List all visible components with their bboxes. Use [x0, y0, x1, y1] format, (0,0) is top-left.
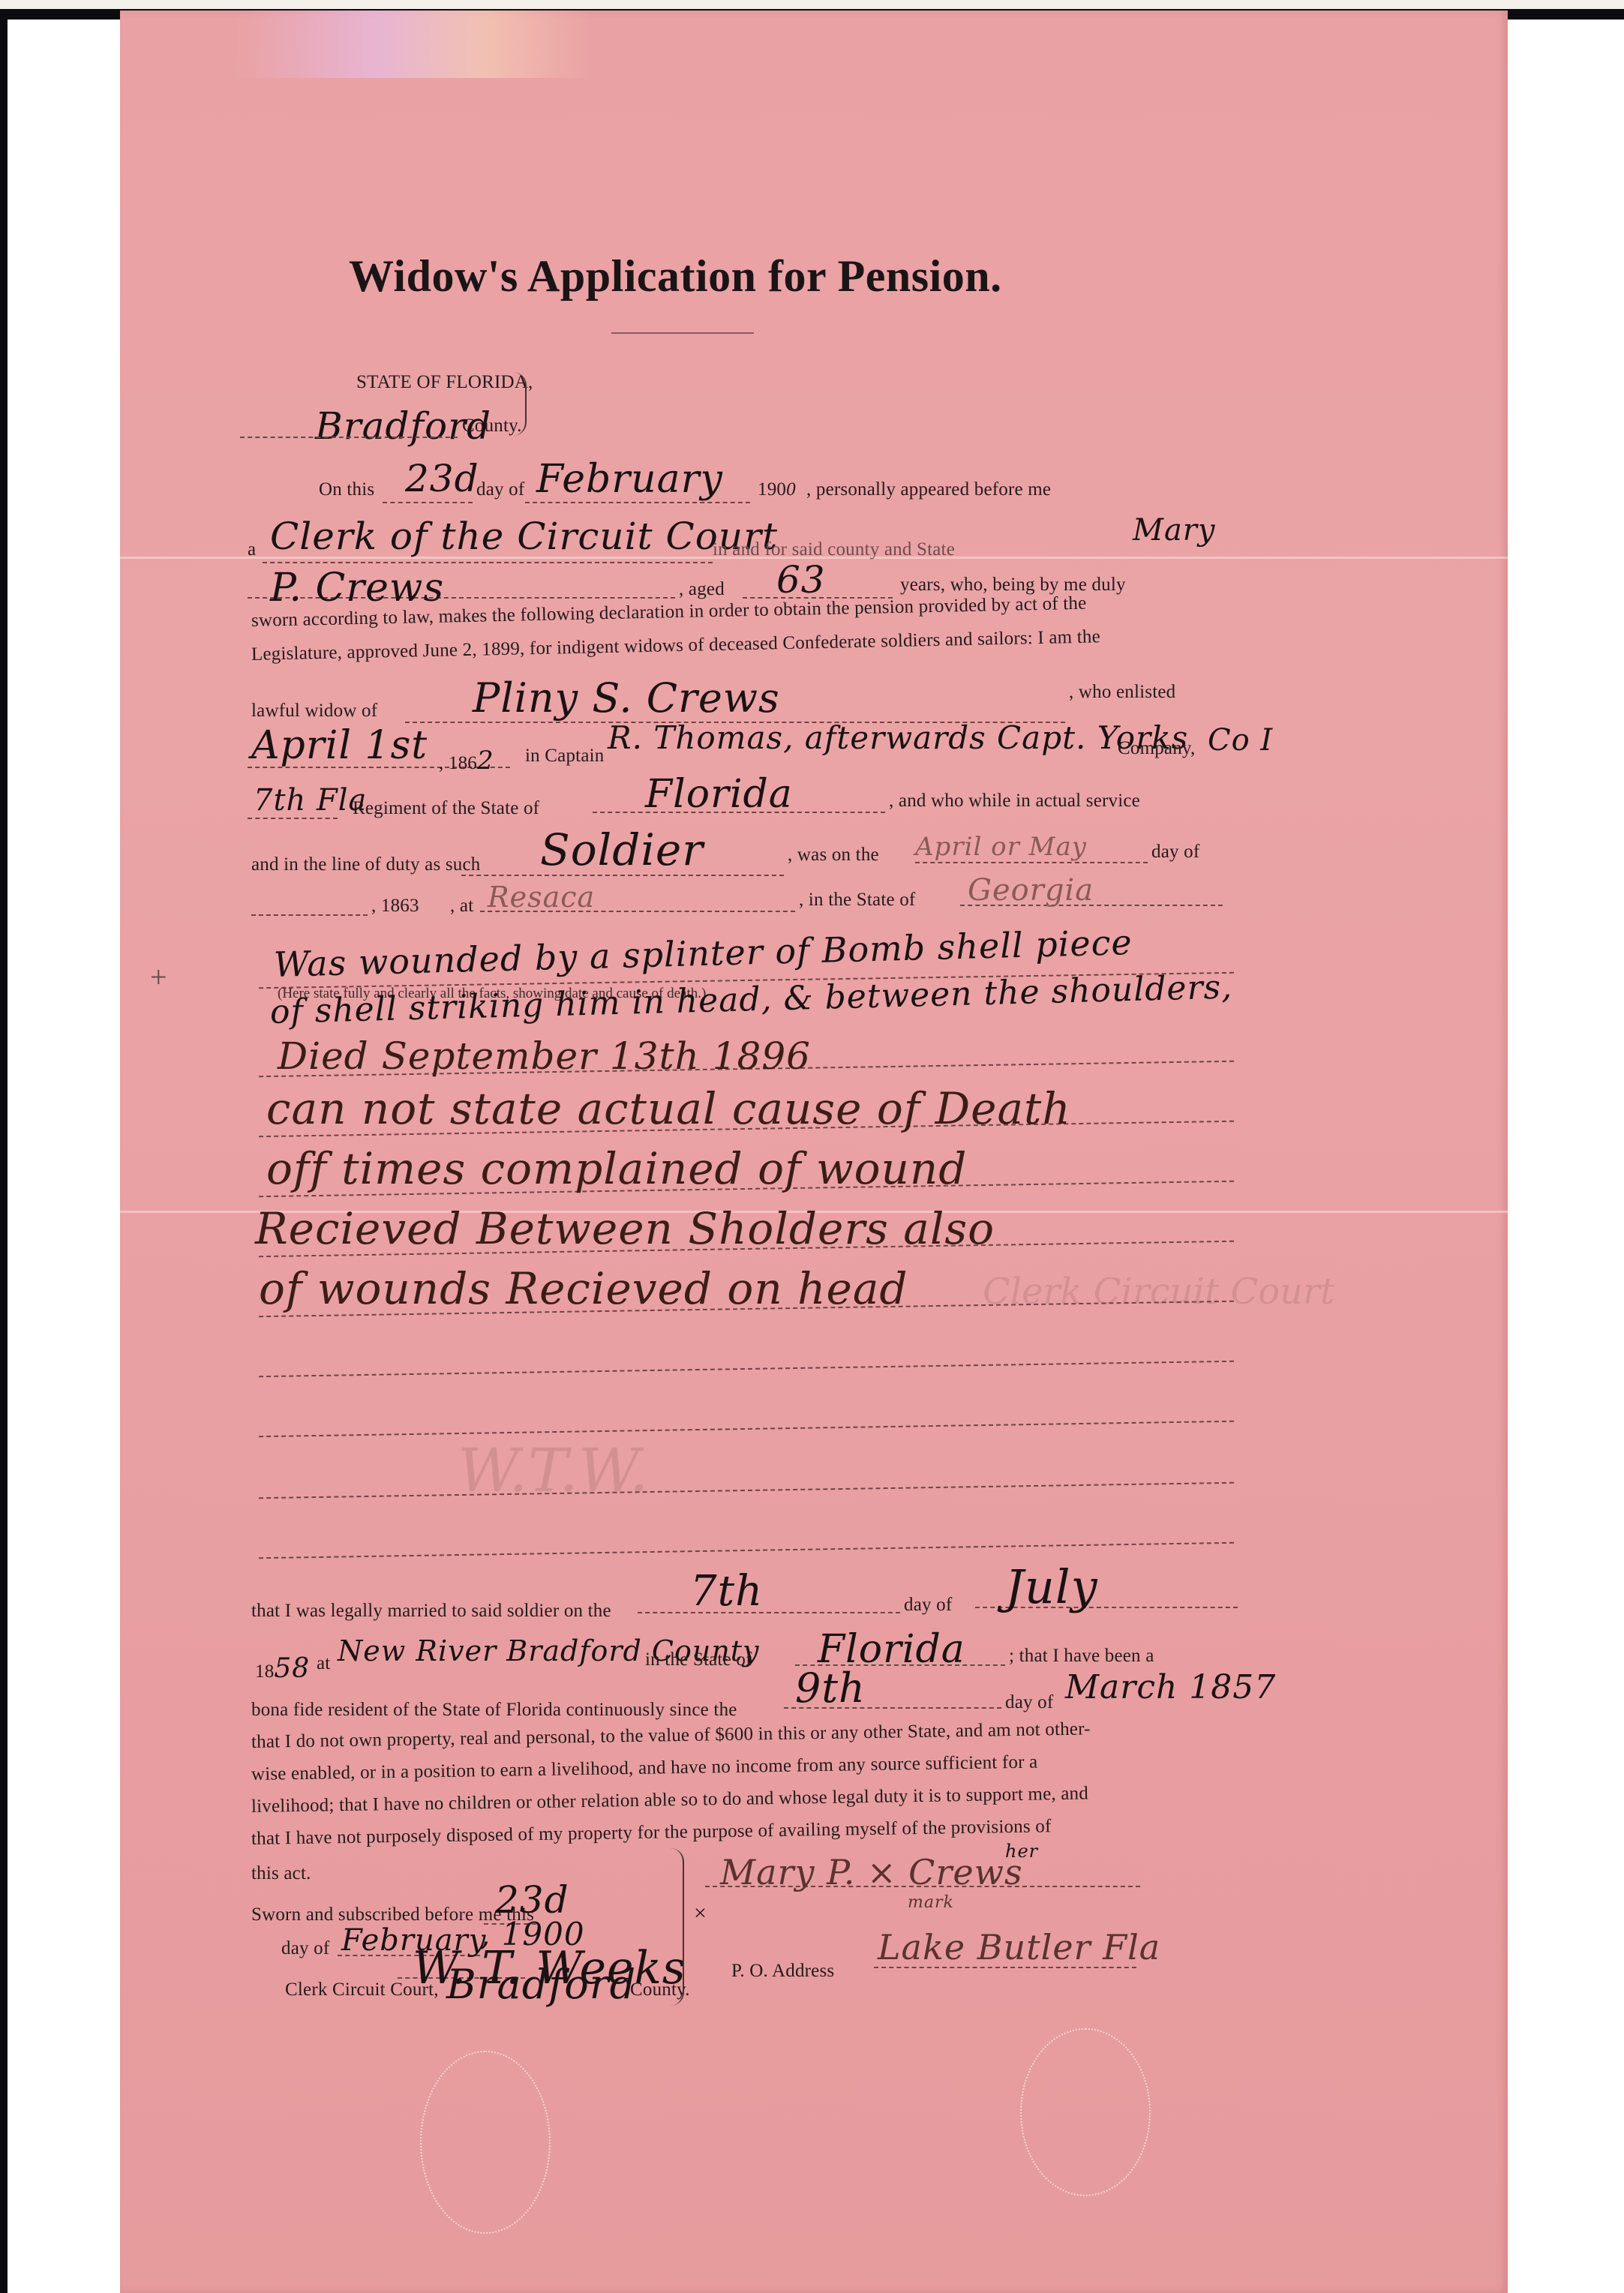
statement-line: can not state actual cause of Death	[266, 1083, 1071, 1134]
year-prefix: 18	[255, 1661, 274, 1682]
label-appeared: , personally appeared before me	[806, 479, 1051, 500]
year-prefix: 190	[758, 479, 786, 500]
marriage-year-value: 58	[274, 1653, 310, 1684]
year: 1900	[758, 479, 796, 500]
label-who-enlisted: , who enlisted	[1069, 682, 1175, 703]
declaration-line: this act.	[251, 1863, 311, 1884]
embossed-seal	[420, 2051, 551, 2234]
label-in-and-for: in and for said county and State	[713, 539, 955, 560]
marriage-month-value: July	[1005, 1559, 1098, 1614]
blank-line	[251, 914, 368, 916]
applicant-signature: Mary P. × Crews	[720, 1852, 1023, 1892]
residence-since-value: March 1857	[1065, 1668, 1276, 1706]
wound-day-value: April or May	[915, 832, 1087, 862]
age-value: 63	[776, 558, 826, 602]
declaration-line: that I have not purposely disposed of my…	[251, 1816, 1052, 1850]
label-day-of: day of	[1151, 842, 1199, 863]
blank-line	[259, 1542, 1234, 1559]
blank-line	[240, 437, 458, 438]
clerk-county-value: Bradford	[446, 1961, 636, 2008]
marriage-day-value: 7th	[690, 1567, 763, 1616]
po-address-value: Lake Butler Fla	[878, 1927, 1160, 1967]
blank-line	[259, 1421, 1234, 1437]
scan-glare	[233, 11, 593, 78]
label-day-of: day of	[1005, 1692, 1053, 1713]
statement-line: Died September 13th 1896	[278, 1034, 811, 1078]
officer-value: Clerk of the Circuit Court	[270, 515, 778, 558]
blank-line	[263, 562, 713, 563]
label-day-of: day of	[281, 1938, 329, 1959]
label-at: , at	[450, 896, 473, 917]
year-1863: , 1863	[371, 896, 419, 917]
label-lawful-widow: lawful widow of	[251, 701, 377, 722]
blank-line	[915, 862, 1148, 863]
bracket	[510, 372, 527, 436]
applicant-name-part2: P. Crews	[270, 566, 444, 611]
label-line-of-duty: and in the line of duty as such	[251, 854, 480, 875]
label-day-of: day of	[904, 1595, 952, 1616]
regiment-value: 7th Fla	[254, 783, 367, 818]
label-years: years, who, being by me duly	[900, 575, 1126, 596]
label-resident: ; that I have been a	[1009, 1646, 1154, 1667]
statement-line: Recieved Between Sholders also	[255, 1203, 995, 1254]
label-in-captain: in Captain	[525, 746, 604, 767]
captain-value: R. Thomas, afterwards Capt. Yorks	[608, 719, 1188, 756]
form-title: Widow's Application for Pension.	[349, 251, 1002, 302]
label-day-of: day of	[476, 479, 524, 500]
label-company: Company,	[1118, 738, 1195, 759]
statement-line: of wounds Recieved on head	[259, 1263, 908, 1314]
pension-application-form: Clerk Circuit Court W.T.W. Widow's Appli…	[120, 11, 1508, 2293]
margin-cross-mark: +	[150, 959, 167, 995]
label-bona-fide: bona fide resident of the State of Flori…	[251, 1700, 737, 1721]
title-rule	[611, 332, 754, 334]
enlist-year: , 1862	[439, 746, 494, 776]
scan-margin-left	[8, 20, 120, 2293]
label-on-this: On this	[319, 479, 374, 500]
enlist-year-digit: 2	[477, 746, 494, 776]
role-value: Soldier	[540, 824, 704, 875]
residence-day-value: 9th	[795, 1664, 866, 1712]
x-mark: ×	[694, 1901, 707, 1926]
declaration-line: Legislature, approved June 2, 1899, for …	[251, 626, 1100, 665]
mark-label: mark	[908, 1893, 954, 1912]
label-a: a	[248, 539, 256, 560]
blank-line	[259, 1361, 1234, 1377]
bracket	[668, 1848, 684, 2006]
day-value: 23d	[405, 457, 479, 500]
label-married: that I was legally married to said soldi…	[251, 1601, 611, 1622]
blank-line	[383, 502, 473, 503]
embossed-seal	[1020, 2028, 1151, 2196]
label-clerk: Clerk Circuit Court,	[285, 1979, 439, 2000]
place-value: Resaca	[488, 881, 595, 914]
label-aged: , aged	[679, 579, 725, 600]
declaration-line: wise enabled, or in a position to earn a…	[251, 1752, 1038, 1785]
enlist-date-value: April 1st	[251, 723, 428, 768]
blank-line	[525, 502, 750, 503]
marriage-year: 1858	[255, 1653, 310, 1684]
label-regiment: Regiment of the State of	[353, 798, 539, 819]
wound-state-value: Georgia	[968, 873, 1094, 908]
scan-border-left	[0, 9, 8, 2293]
declaration-line: livelihood; that I have no children or o…	[251, 1783, 1088, 1817]
year-prefix: , 186	[439, 753, 477, 773]
label-actual-service: , and who while in actual service	[889, 791, 1140, 812]
label-was-on-the: , was on the	[788, 845, 879, 866]
company-value: Co I	[1208, 723, 1273, 758]
label-in-state: in the State of	[645, 1649, 752, 1670]
state-label: STATE OF FLORIDA,	[356, 372, 533, 393]
blank-line	[248, 818, 338, 819]
husband-name-value: Pliny S. Crews	[473, 674, 780, 722]
state-value: Florida	[645, 772, 793, 817]
scan-top-strip	[0, 0, 1624, 9]
label-in-state-of: , in the State of	[799, 890, 915, 911]
label-at: at	[317, 1653, 330, 1674]
month-value: February	[536, 457, 723, 502]
blank-line	[259, 1482, 1234, 1499]
label-po-address: P. O. Address	[731, 1961, 834, 1982]
bleed-through-text: Clerk Circuit Court	[983, 1271, 1334, 1313]
blank-line	[638, 1612, 900, 1613]
year-value: 0	[786, 479, 796, 500]
declaration-line: that I do not own property, real and per…	[251, 1718, 1091, 1753]
applicant-name-part1: Mary	[1133, 513, 1216, 548]
statement-line: off times complained of wound	[266, 1143, 967, 1194]
